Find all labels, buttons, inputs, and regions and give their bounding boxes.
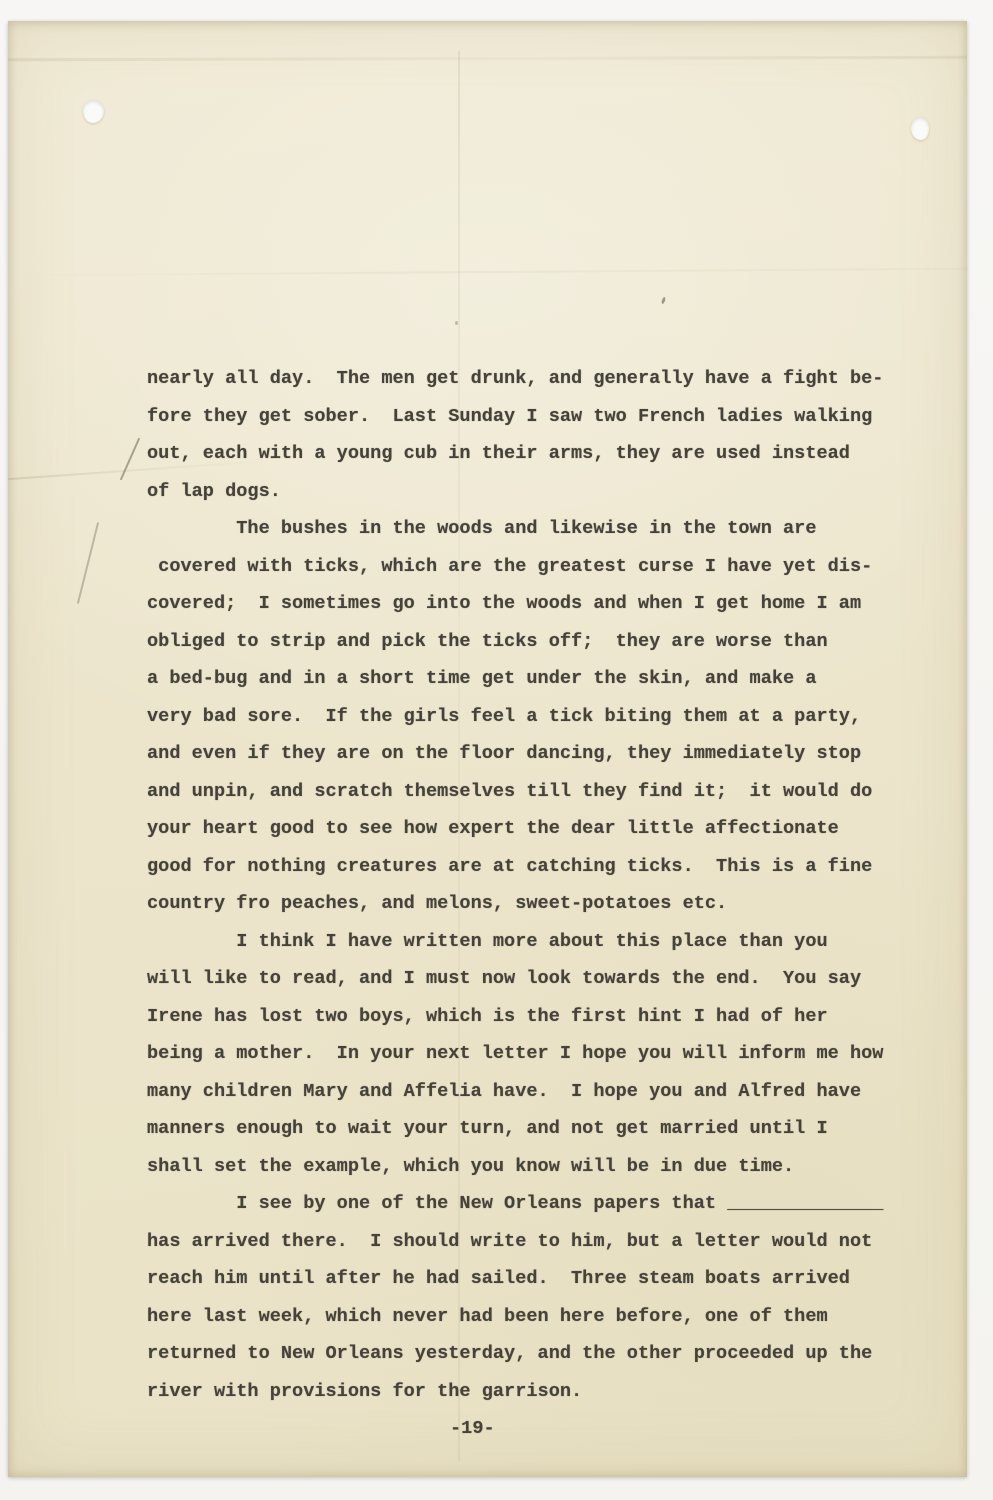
paper-crease-middle <box>8 268 967 277</box>
paragraph-3-line-2: will like to read, and I must now look t… <box>147 960 907 998</box>
paragraph-1-line-2: fore they get sober. Last Sunday I saw t… <box>147 398 907 436</box>
paragraph-2-line-9: your heart good to see how expert the de… <box>147 810 907 848</box>
scan-background: nearly all day. The men get drunk, and g… <box>0 0 993 1500</box>
paragraph-2-line-2: covered with ticks, which are the greate… <box>147 548 907 586</box>
paragraph-4-line-1: I see by one of the New Orleans papers t… <box>147 1185 907 1223</box>
paragraph-2-line-4: obliged to strip and pick the ticks off;… <box>147 623 907 661</box>
paragraph-4-line-5: returned to New Orleans yesterday, and t… <box>147 1335 907 1373</box>
letter-page: nearly all day. The men get drunk, and g… <box>8 21 967 1477</box>
paragraph-3-line-1: I think I have written more about this p… <box>147 923 907 961</box>
paragraph-4-line-4: here last week, which never had been her… <box>147 1298 907 1336</box>
paragraph-1-line-1: nearly all day. The men get drunk, and g… <box>147 360 907 398</box>
punch-hole-right <box>911 117 929 140</box>
paragraph-2-line-5: a bed-bug and in a short time get under … <box>147 660 907 698</box>
paragraph-2-line-11: country fro peaches, and melons, sweet-p… <box>147 885 907 923</box>
paragraph-2-line-6: very bad sore. If the girls feel a tick … <box>147 698 907 736</box>
paragraph-3-line-6: manners enough to wait your turn, and no… <box>147 1110 907 1148</box>
pencil-scratch-2 <box>77 522 99 604</box>
paragraph-1-line-4: of lap dogs. <box>147 473 907 511</box>
punch-hole-left <box>83 100 104 123</box>
paragraph-2-line-10: good for nothing creatures are at catchi… <box>147 848 907 886</box>
paragraph-3-line-4: being a mother. In your next letter I ho… <box>147 1035 907 1073</box>
letter-body: nearly all day. The men get drunk, and g… <box>147 360 907 1410</box>
ink-speck-2 <box>455 321 458 325</box>
paragraph-3-line-7: shall set the example, which you know wi… <box>147 1148 907 1186</box>
pencil-scratch-1 <box>120 438 141 481</box>
paragraph-4-line-6: river with provisions for the garrison. <box>147 1373 907 1411</box>
paragraph-2-line-1: The bushes in the woods and likewise in … <box>147 510 907 548</box>
paragraph-1-line-3: out, each with a young cub in their arms… <box>147 435 907 473</box>
ink-speck-1 <box>661 297 666 305</box>
paragraph-3-line-3: Irene has lost two boys, which is the fi… <box>147 998 907 1036</box>
paragraph-2-line-8: and unpin, and scratch themselves till t… <box>147 773 907 811</box>
paragraph-4-line-3: reach him until after he had sailed. Thr… <box>147 1260 907 1298</box>
paragraph-4-line-2: has arrived there. I should write to him… <box>147 1223 907 1261</box>
paragraph-3-line-5: many children Mary and Affelia have. I h… <box>147 1073 907 1111</box>
paper-crease-top <box>8 56 967 62</box>
paragraph-2-line-3: covered; I sometimes go into the woods a… <box>147 585 907 623</box>
page-number: -19- <box>450 1410 495 1448</box>
paragraph-2-line-7: and even if they are on the floor dancin… <box>147 735 907 773</box>
